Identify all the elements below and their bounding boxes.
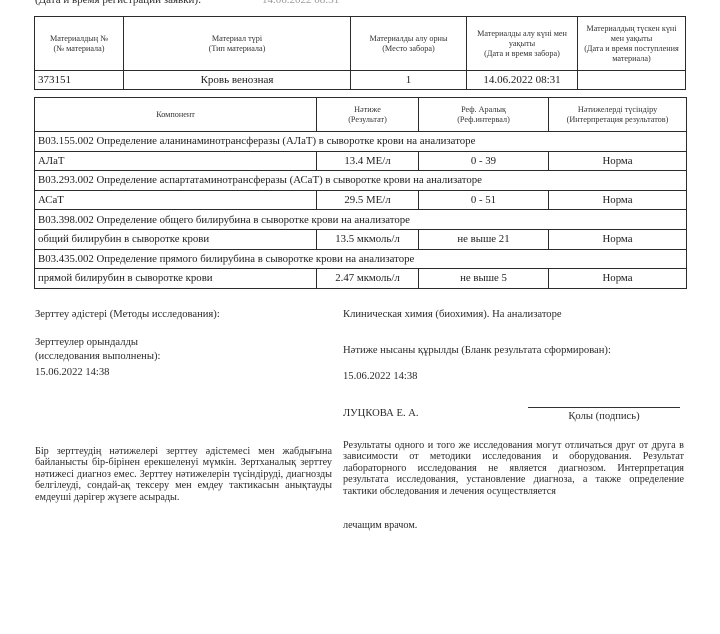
registration-value: 14.06.2022 08:31 — [262, 0, 339, 6]
test-section-title: B03.155.002 Определение аланинаминотранс… — [35, 132, 687, 152]
header-result: Нәтиже(Результат) — [317, 98, 419, 132]
test-section-title: B03.293.002 Определение аспартатаминотра… — [35, 171, 687, 191]
interpretation: Норма — [549, 269, 687, 289]
table-row: АСаТ 29.5 МЕ/л 0 - 51 Норма — [35, 190, 687, 210]
methods-label: Зерттеу әдістері (Методы исследования): — [35, 308, 220, 321]
disclaimer-kz: Бір зерттеудің нәтижелері зерттеу әдісте… — [35, 446, 332, 503]
header-received-datetime: Материалдың түскен күні мен уақыты(Дата … — [578, 17, 686, 71]
material-type: Кровь венозная — [124, 71, 351, 90]
table-row: прямой билирубин в сыворотке крови 2.47 … — [35, 269, 687, 289]
header-material-type: Материал түрі(Тип материала) — [124, 17, 351, 71]
registration-label: (Дата и время регистрации заявки): — [35, 0, 201, 6]
doctor-name: ЛУЦКОВА Е. А. — [343, 407, 419, 420]
material-row: 373151 Кровь венозная 1 14.06.2022 08:31 — [35, 71, 686, 90]
reference-range: 0 - 39 — [419, 151, 549, 171]
material-number: 373151 — [35, 71, 124, 90]
results-table: Компонент Нәтиже(Результат) Реф. Аралық(… — [34, 97, 687, 289]
reference-range: не выше 21 — [419, 229, 549, 249]
result-value: 29.5 МЕ/л — [317, 190, 419, 210]
methods-value: Клиническая химия (биохимия). На анализа… — [343, 308, 562, 321]
interpretation: Норма — [549, 151, 687, 171]
header-reference: Реф. Аралық(Реф.интервал) — [419, 98, 549, 132]
result-value: 13.4 МЕ/л — [317, 151, 419, 171]
collection-datetime: 14.06.2022 08:31 — [467, 71, 578, 90]
test-section-title: B03.435.002 Определение прямого билируби… — [35, 249, 687, 269]
result-form-datetime: 15.06.2022 14:38 — [343, 370, 417, 383]
header-interpretation: Нәтижелерді түсіндіру(Интерпретация резу… — [549, 98, 687, 132]
performed-datetime: 15.06.2022 14:38 — [35, 366, 109, 379]
header-component: Компонент — [35, 98, 317, 132]
result-value: 13.5 мкмоль/л — [317, 229, 419, 249]
received-datetime — [578, 71, 686, 90]
interpretation: Норма — [549, 229, 687, 249]
table-row: общий билирубин в сыворотке крови 13.5 м… — [35, 229, 687, 249]
result-form-label: Нәтиже нысаны құрылды (Бланк результата … — [343, 344, 611, 357]
disclaimer-ru-tail: лечащим врачом. — [343, 520, 417, 531]
header-collection-datetime: Материалды алу күні мен уақыты(Дата и вр… — [467, 17, 578, 71]
collection-place: 1 — [351, 71, 467, 90]
signature-caption: Қолы (подпись) — [528, 411, 680, 422]
component-name: общий билирубин в сыворотке крови — [35, 229, 317, 249]
header-material-number: Материалдың №(№ материала) — [35, 17, 124, 71]
material-table-header: Материалдың №(№ материала) Материал түрі… — [35, 17, 686, 71]
disclaimer-ru: Результаты одного и того же исследования… — [343, 440, 684, 497]
component-name: прямой билирубин в сыворотке крови — [35, 269, 317, 289]
result-value: 2.47 мкмоль/л — [317, 269, 419, 289]
material-table: Материалдың №(№ материала) Материал түрі… — [34, 16, 686, 90]
component-name: АСаТ — [35, 190, 317, 210]
signature-line — [528, 407, 680, 408]
reference-range: не выше 5 — [419, 269, 549, 289]
table-row: АЛаТ 13.4 МЕ/л 0 - 39 Норма — [35, 151, 687, 171]
performed-label-ru: (исследования выполнены): — [35, 350, 160, 363]
component-name: АЛаТ — [35, 151, 317, 171]
performed-label-kz: Зерттеулер орындалды — [35, 336, 138, 349]
results-table-header: Компонент Нәтиже(Результат) Реф. Аралық(… — [35, 98, 687, 132]
interpretation: Норма — [549, 190, 687, 210]
test-section-title: B03.398.002 Определение общего билирубин… — [35, 210, 687, 230]
header-collection-place: Материалды алу орны(Место забора) — [351, 17, 467, 71]
reference-range: 0 - 51 — [419, 190, 549, 210]
